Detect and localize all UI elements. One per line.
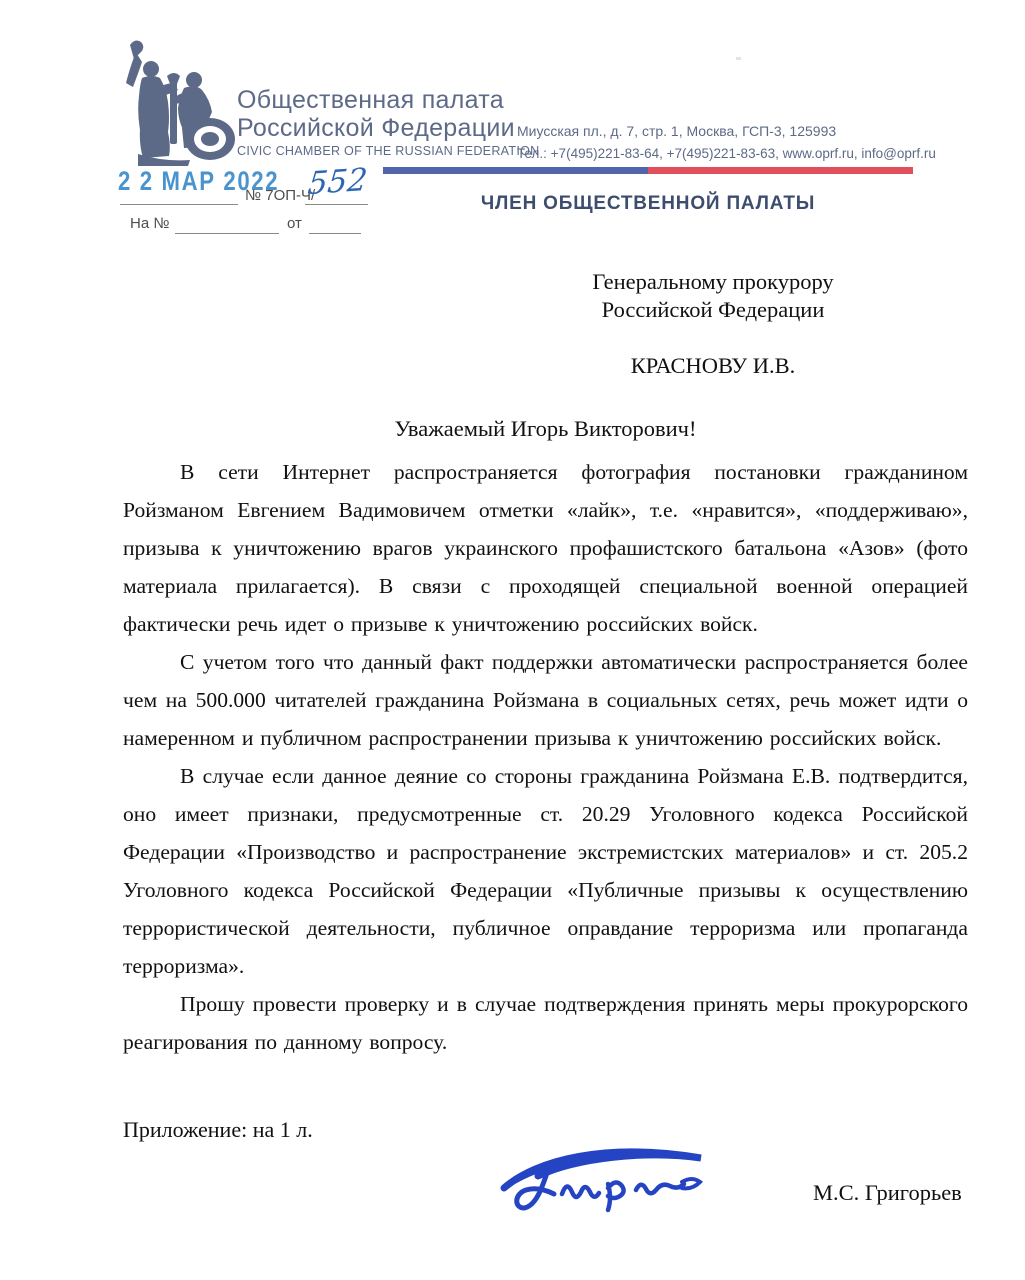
civic-chamber-monument-logo [104, 36, 242, 168]
addressee-block: Генеральному прокурору Российской Федера… [587, 268, 839, 380]
addressee-line1: Генеральному прокурору [587, 268, 839, 296]
addressee-line2: Российской Федерации [587, 296, 839, 324]
org-contacts: Тел.: +7(495)221-83-64, +7(495)221-83-63… [517, 146, 936, 161]
paragraph-3: В случае если данное деяние со стороны г… [123, 757, 968, 985]
reply-to-underline [175, 233, 279, 234]
org-name-russian: Общественная палата Российской Федерации [237, 86, 515, 142]
salutation: Уважаемый Игорь Викторович! [123, 416, 968, 442]
reply-from-underline [309, 233, 361, 234]
reference-number-handwritten: 552 [306, 162, 369, 202]
paragraph-2: С учетом того что данный факт поддержки … [123, 643, 968, 757]
paragraph-4: Прошу провести проверку и в случае подтв… [123, 985, 968, 1061]
signer-name: М.С. Григорьев [813, 1180, 962, 1206]
bicolor-divider-rule [383, 167, 913, 174]
reference-number-underline [305, 204, 368, 205]
scan-artifact [736, 57, 741, 60]
reference-number-prefix: № 7ОП-Ч/ [245, 187, 315, 204]
handwritten-signature [496, 1136, 716, 1224]
reply-to-label: На № [130, 215, 169, 232]
paragraph-1: В сети Интернет распространяется фотогра… [123, 453, 968, 643]
org-name-english: CIVIC CHAMBER OF THE RUSSIAN FEDERATION [237, 144, 539, 158]
letter-body: В сети Интернет распространяется фотогра… [123, 453, 968, 1061]
org-name-line2: Российской Федерации [237, 114, 515, 142]
date-underline [120, 204, 238, 205]
org-name-line1: Общественная палата [237, 86, 515, 114]
addressee-name: КРАСНОВУ И.В. [587, 352, 839, 380]
letter-page: Общественная палата Российской Федерации… [0, 0, 1025, 1280]
reply-from-label: от [287, 215, 302, 232]
member-title-heading: ЧЛЕН ОБЩЕСТВЕННОЙ ПАЛАТЫ [383, 193, 913, 215]
attachment-note: Приложение: на 1 л. [123, 1117, 313, 1143]
org-address: Миусская пл., д. 7, стр. 1, Москва, ГСП-… [517, 123, 836, 139]
